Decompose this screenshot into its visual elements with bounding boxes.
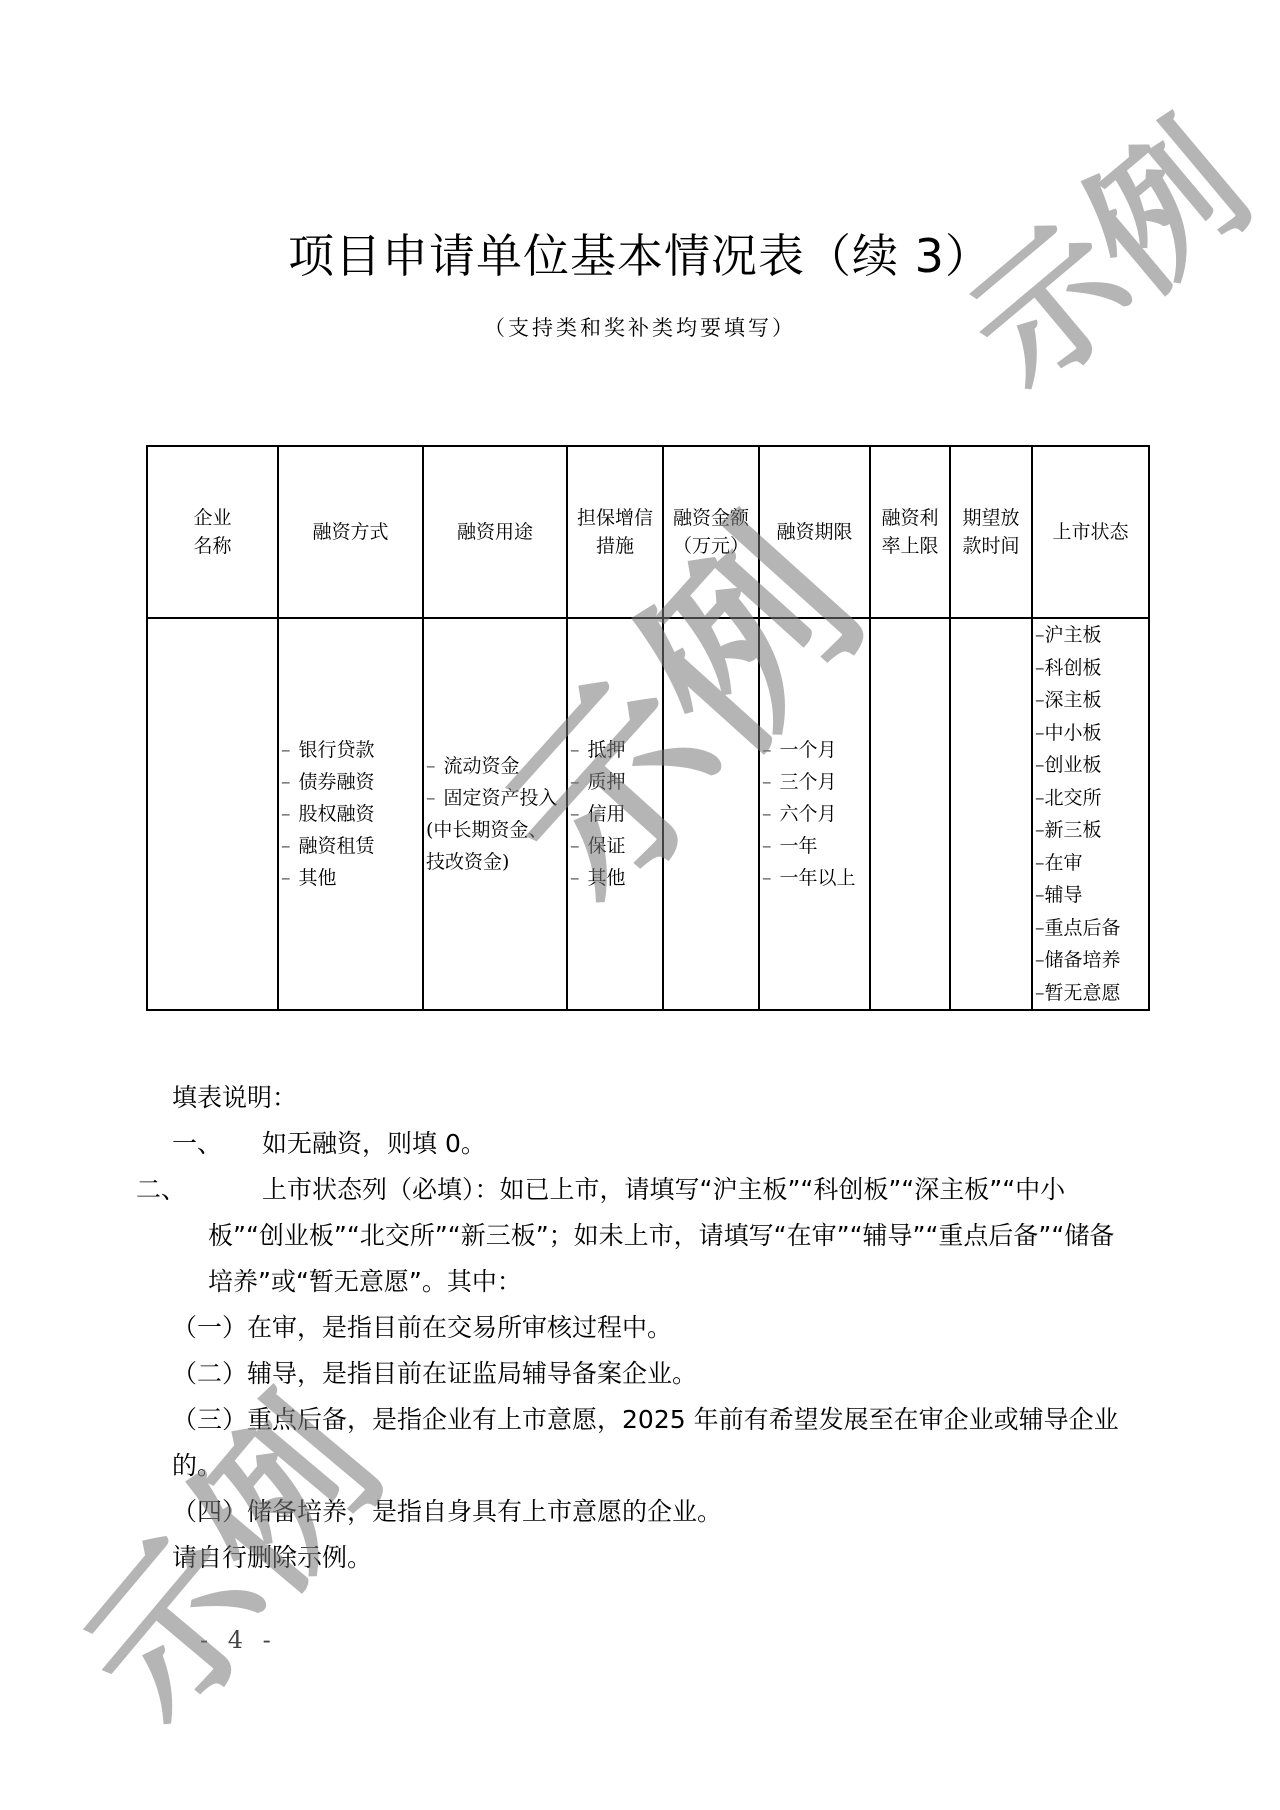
instruction-sub-item: （一）在审，是指目前在交易所审核过程中。 bbox=[172, 1305, 1132, 1351]
cell-expected-time[interactable] bbox=[950, 618, 1032, 1010]
table-header-row: 企业 名称 融资方式 融资用途 担保增信 措施 融资金额 （万元） 融资期限 融… bbox=[147, 446, 1149, 618]
cell-financing-usage[interactable]: –流动资金 –固定资产投入(中长期资金、技改资金) bbox=[423, 618, 567, 1010]
header-financing-method: 融资方式 bbox=[278, 446, 423, 618]
cell-rate-cap[interactable] bbox=[870, 618, 950, 1010]
instruction-item: 二、上市状态列（必填）：如已上市，请填写“沪主板”“科创板”“深主板”“中小板”… bbox=[172, 1167, 1132, 1305]
page-subtitle: （支持类和奖补类均要填写） bbox=[0, 312, 1280, 342]
option-item: –流动资金 bbox=[426, 750, 564, 782]
cell-financing-method[interactable]: –银行贷款 –债券融资 –股权融资 –融资租赁 –其他 bbox=[278, 618, 423, 1010]
option-item: –六个月 bbox=[762, 798, 869, 830]
option-item: –融资租赁 bbox=[281, 830, 422, 862]
instruction-sub-item: （二）辅导，是指目前在证监局辅导备案企业。 bbox=[172, 1351, 1132, 1397]
option-item: –一年 bbox=[762, 830, 869, 862]
option-item: –债券融资 bbox=[281, 766, 422, 798]
header-financing-amount: 融资金额 （万元） bbox=[663, 446, 759, 618]
cell-guarantee-measures[interactable]: –抵押 –质押 –信用 –保证 –其他 bbox=[567, 618, 663, 1010]
option-item: –新三板 bbox=[1035, 814, 1148, 847]
cell-financing-amount[interactable] bbox=[663, 618, 759, 1010]
header-rate-cap: 融资利 率上限 bbox=[870, 446, 950, 618]
instruction-sub-item: （四）储备培养，是指自身具有上市意愿的企业。 bbox=[172, 1489, 1132, 1535]
page-title: 项目申请单位基本情况表（续 3） bbox=[0, 228, 1280, 284]
header-financing-term: 融资期限 bbox=[759, 446, 870, 618]
option-item: –抵押 bbox=[570, 734, 662, 766]
option-item: –固定资产投入(中长期资金、技改资金) bbox=[426, 782, 564, 878]
option-item: –三个月 bbox=[762, 766, 869, 798]
option-item: –辅导 bbox=[1035, 879, 1148, 912]
option-item: –深主板 bbox=[1035, 684, 1148, 717]
option-item: –质押 bbox=[570, 766, 662, 798]
option-item: –储备培养 bbox=[1035, 944, 1148, 977]
instructions-heading: 填表说明： bbox=[172, 1075, 1132, 1121]
option-item: –北交所 bbox=[1035, 782, 1148, 815]
filling-instructions: 填表说明： 一、如无融资，则填 0。 二、上市状态列（必填）：如已上市，请填写“… bbox=[172, 1075, 1132, 1581]
option-item: –一个月 bbox=[762, 734, 869, 766]
option-item: –沪主板 bbox=[1035, 619, 1148, 652]
option-item: –保证 bbox=[570, 830, 662, 862]
header-financing-usage: 融资用途 bbox=[423, 446, 567, 618]
cell-financing-term[interactable]: –一个月 –三个月 –六个月 –一年 –一年以上 bbox=[759, 618, 870, 1010]
financing-info-table: 企业 名称 融资方式 融资用途 担保增信 措施 融资金额 （万元） 融资期限 融… bbox=[146, 445, 1150, 1011]
option-item: –信用 bbox=[570, 798, 662, 830]
option-item: –其他 bbox=[570, 862, 662, 894]
option-item: –重点后备 bbox=[1035, 912, 1148, 945]
option-item: –科创板 bbox=[1035, 652, 1148, 685]
option-item: –一年以上 bbox=[762, 862, 869, 894]
instruction-item: 一、如无融资，则填 0。 bbox=[172, 1121, 1132, 1167]
cell-listing-status[interactable]: –沪主板 –科创板 –深主板 –中小板 –创业板 –北交所 –新三板 –在审 –… bbox=[1032, 618, 1149, 1010]
option-item: –股权融资 bbox=[281, 798, 422, 830]
instruction-footer: 请自行删除示例。 bbox=[172, 1535, 1132, 1581]
option-item: –暂无意愿 bbox=[1035, 977, 1148, 1010]
header-guarantee-measures: 担保增信 措施 bbox=[567, 446, 663, 618]
header-listing-status: 上市状态 bbox=[1032, 446, 1149, 618]
option-item: –在审 bbox=[1035, 847, 1148, 880]
instruction-sub-item: （三）重点后备，是指企业有上市意愿，2025 年前有希望发展至在审企业或辅导企业… bbox=[172, 1397, 1132, 1489]
header-expected-time: 期望放 款时间 bbox=[950, 446, 1032, 618]
table-row: –银行贷款 –债券融资 –股权融资 –融资租赁 –其他 –流动资金 –固定资产投… bbox=[147, 618, 1149, 1010]
cell-company-name[interactable] bbox=[147, 618, 278, 1010]
option-item: –其他 bbox=[281, 862, 422, 894]
option-item: –银行贷款 bbox=[281, 734, 422, 766]
header-company-name: 企业 名称 bbox=[147, 446, 278, 618]
option-item: –中小板 bbox=[1035, 717, 1148, 750]
option-item: –创业板 bbox=[1035, 749, 1148, 782]
page-number: - 4 - bbox=[200, 1626, 277, 1654]
